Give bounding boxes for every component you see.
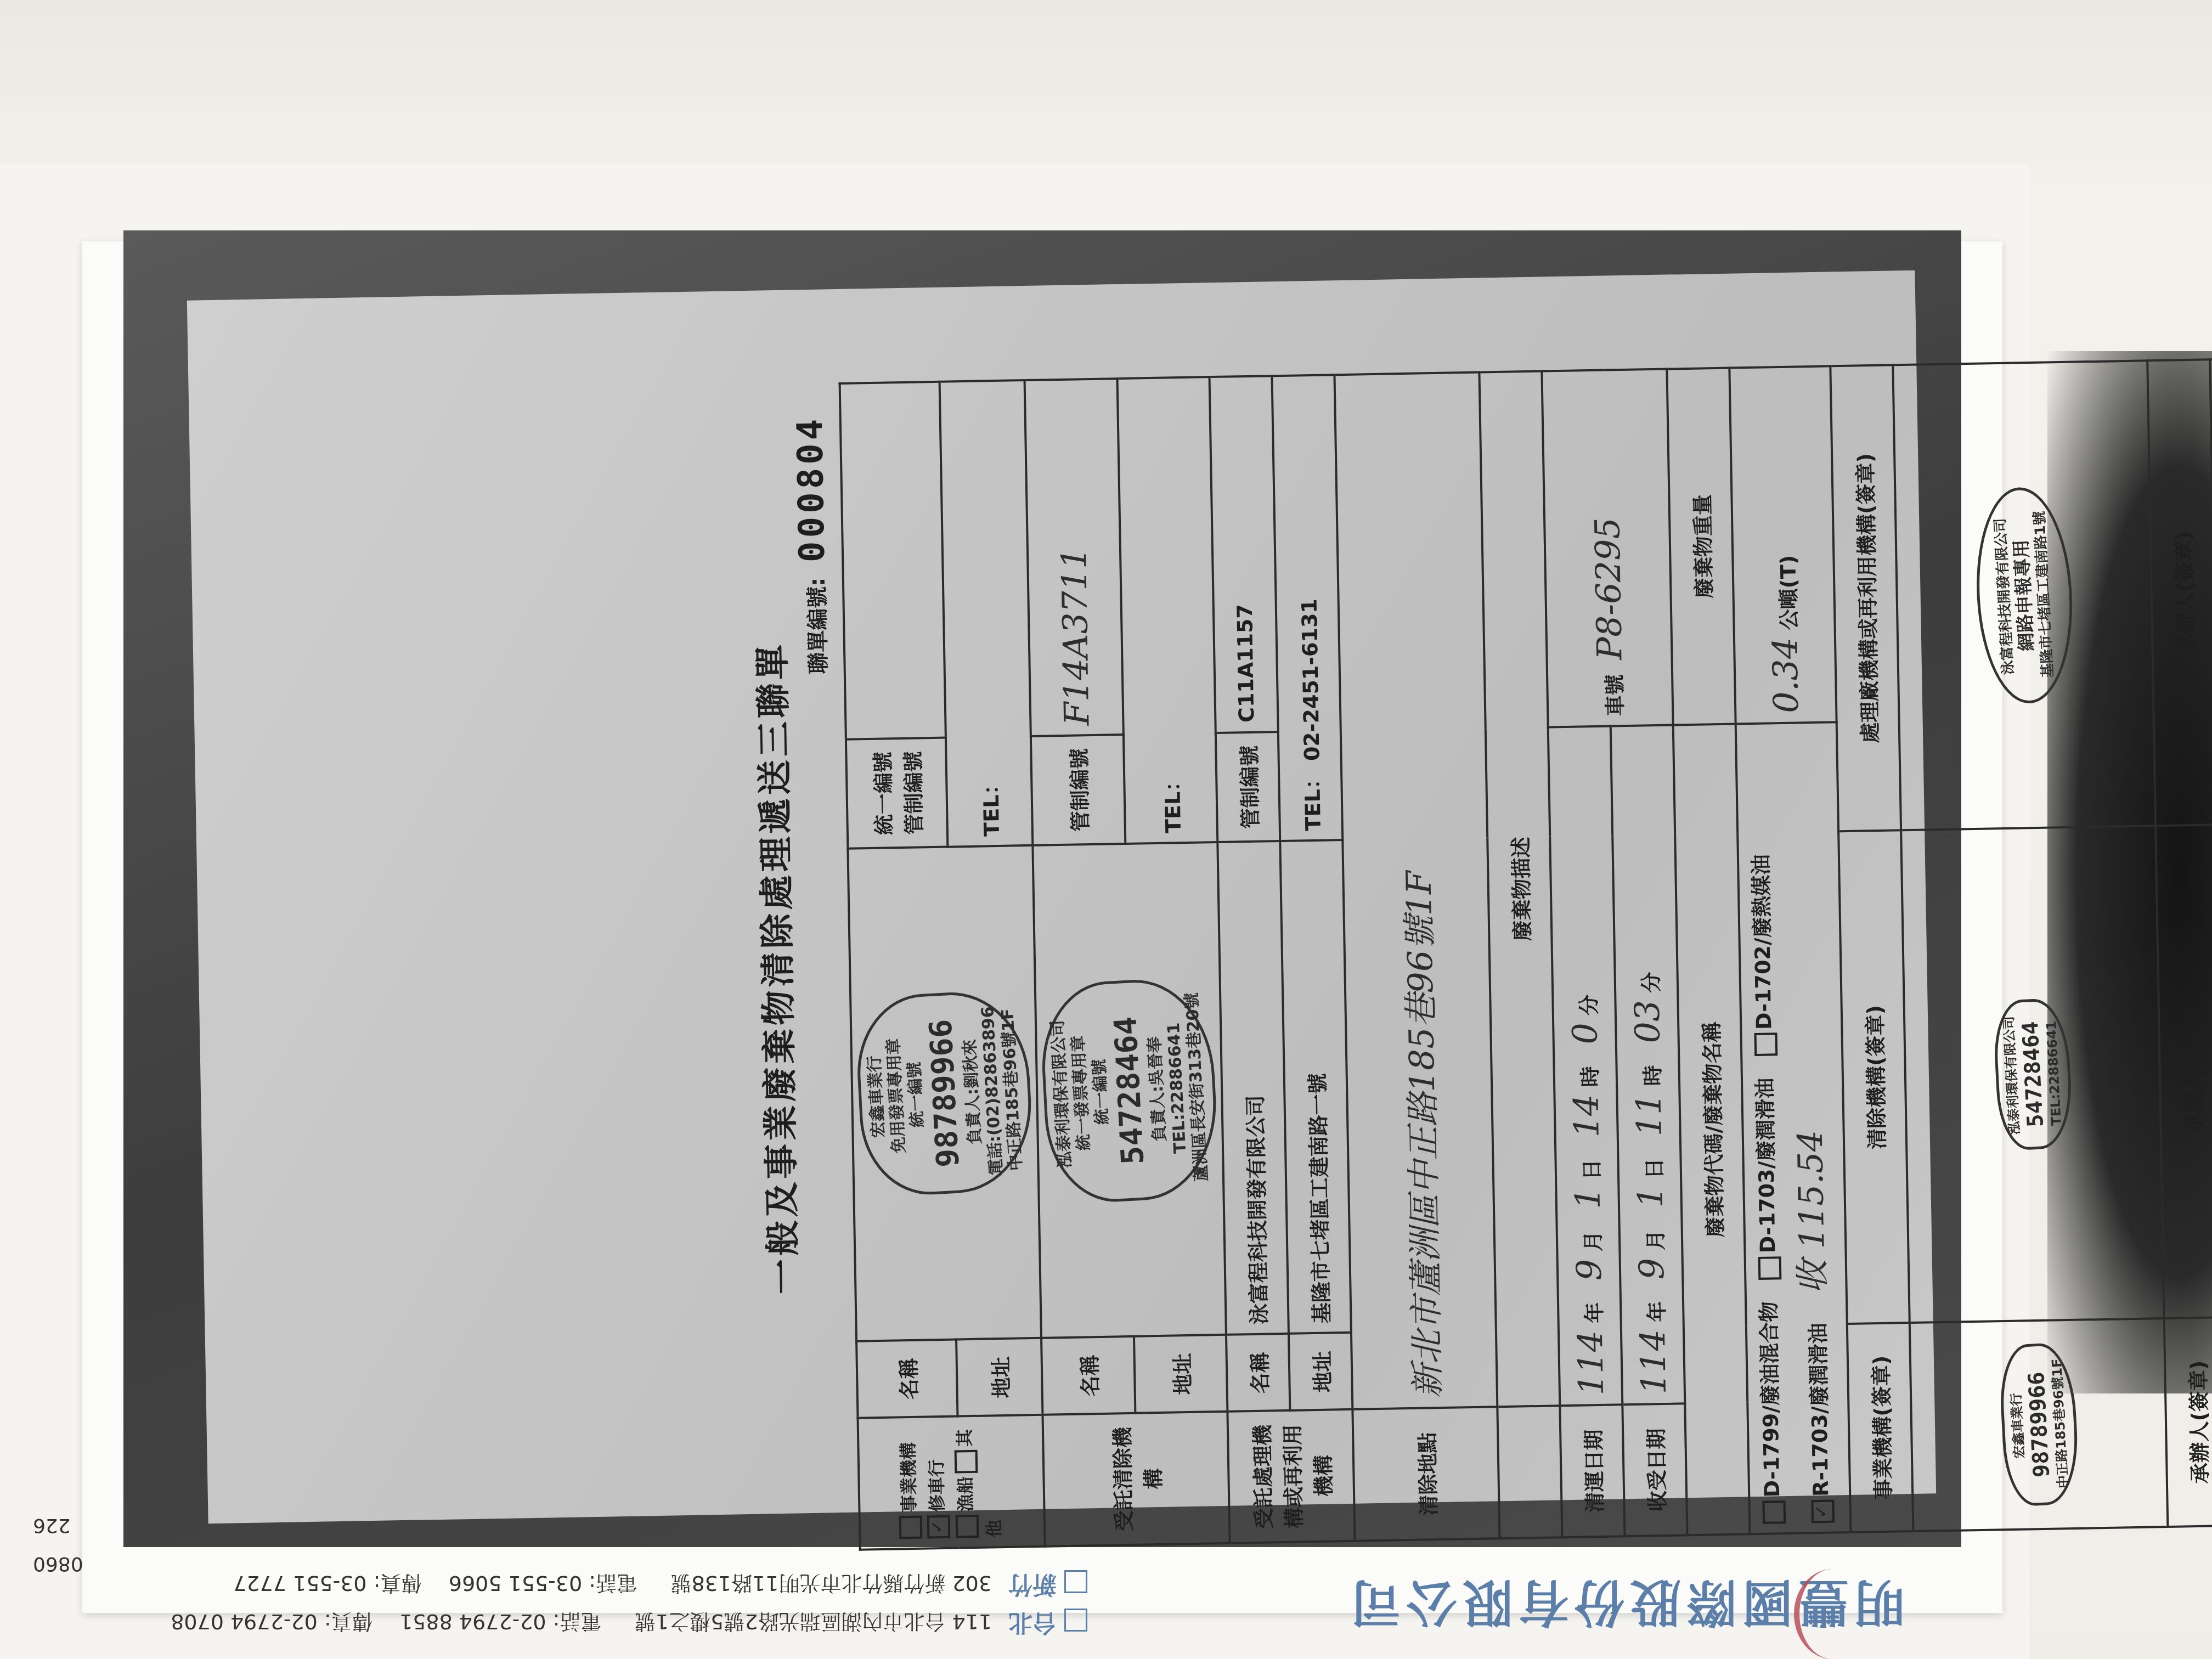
processor-tel: TEL： 02-2451-6131 xyxy=(1272,375,1343,841)
processor-address-value: 基隆市七堵區工建南路一號 xyxy=(1280,840,1352,1334)
generator-tel: TEL： xyxy=(940,380,1033,847)
signature-stamp-row: 宏鑫車業行 98789966 中正路185巷96號1F 泓泰利環保有限公司 54… xyxy=(1893,360,2168,1531)
processor-control-label: 管制編號 xyxy=(1216,732,1280,842)
generator-type-option[interactable]: ✓修車行 xyxy=(922,1426,952,1539)
processor-signature-stamp: 泳富程科技開發有限公司 網路申報專用 基隆市七堵區工建南路1號 xyxy=(1971,485,2078,706)
generator-signature-stamp: 宏鑫車業行 98789966 中正路185巷96號1F xyxy=(1997,1342,2080,1508)
edge-number: 0860 xyxy=(33,1553,83,1575)
processor-name-value: 泳富程科技開發有限公司 xyxy=(1218,841,1289,1335)
receipt-date-value: 114 年 9 月 1 日 11 時 03 分 xyxy=(1611,725,1685,1404)
generator-id-label: 統一編號管制編號 xyxy=(846,738,948,849)
waste-code-row: D-1799/廢油混合物 D-1703/廢潤滑油 D-1702/廢熱媒油 ✓R-… xyxy=(1730,366,1851,1534)
waste-code-option[interactable]: D-1703/廢潤滑油 xyxy=(1753,1077,1780,1279)
checkbox-checked[interactable]: ✓ xyxy=(927,1515,951,1539)
pickup-location-value: 新北市蘆洲區中正路185巷96號1F xyxy=(1335,373,1498,1410)
serial-value: 000804 xyxy=(790,415,833,562)
vehicle-number: P8-6295 xyxy=(1587,517,1630,660)
waste-manifest-receipt: 一般及事業廢棄物清除處理遞送三聯單 聯單編號: 000804 事業機構 ✓修車行… xyxy=(187,270,1936,1524)
letterhead-branch-hsinchu: 新竹302 新竹縣竹北市光明11路138號 電話: 03-551 5066 傳真… xyxy=(233,1569,1087,1604)
letterhead-branch-taipei: 台北114 台北市內湖區瑞光路2號5樓之1號 電話: 02-2794 8851 … xyxy=(171,1607,1087,1643)
edge-number: 226 xyxy=(33,1514,71,1537)
transporter-stamp-cell: 泓泰利環保有限公司 統一發票專用章 統一編號 54728464 負責人:吳晉奉 … xyxy=(1033,842,1227,1338)
letterhead: 明豐國際股份有限公司 台北114 台北市內湖區瑞光路2號5樓之1號 電話: 02… xyxy=(0,1553,2212,1659)
transporter-control-value: F14A3711 xyxy=(1025,379,1124,736)
generator-company-stamp: 宏鑫車業行 免用發票專用章 統一編號 98789966 負責人:劉秋來 電話:(… xyxy=(854,989,1036,1198)
generator-type-option[interactable]: 漁船其他 xyxy=(950,1425,1008,1538)
transporter-control-label: 管制編號 xyxy=(1031,735,1125,845)
generator-address-label: 地址 xyxy=(956,1338,1042,1417)
transporter-handler-label: 承辦人(簽章) xyxy=(2155,825,2212,1319)
generator-name-label: 名稱 xyxy=(856,1340,958,1418)
generator-row-name: 事業機構 ✓修車行 漁船其他 名稱 宏鑫車業行 免用發票專用章 統一編號 987… xyxy=(840,382,960,1550)
processor-control-value: C11A1157 xyxy=(1210,376,1278,733)
receipt-date-label: 收受日期 xyxy=(1623,1404,1688,1537)
transport-date-label: 清運日期 xyxy=(1560,1405,1625,1538)
generator-type-cell: 事業機構 ✓修車行 漁船其他 xyxy=(858,1415,1045,1550)
checkbox[interactable] xyxy=(954,1450,978,1474)
checkbox xyxy=(1064,1609,1087,1632)
transporter-signature-stamp: 泓泰利環保有限公司 54728464 TEL:22886641 xyxy=(1991,997,2074,1152)
transporter-section-label: 受託清除機構 xyxy=(1043,1412,1230,1547)
transporter-tel: TEL： xyxy=(1117,377,1217,844)
generator-signature-cell: 宏鑫車業行 98789966 中正路185巷96號1F xyxy=(1910,1318,2168,1531)
waste-code-option[interactable]: D-1799/廢油混合物 xyxy=(1757,1301,1785,1524)
vehicle-cell: 車號 P8-6295 xyxy=(1542,369,1673,727)
transporter-name-label: 名稱 xyxy=(1041,1336,1135,1415)
generator-stamp-cell: 宏鑫車業行 免用發票專用章 統一編號 98789966 負責人:劉秋來 電話:(… xyxy=(848,845,1041,1341)
waste-code-note: 收 115.54 xyxy=(1790,1130,1833,1294)
company-logo-icon xyxy=(1794,1569,1871,1659)
transporter-address-label: 地址 xyxy=(1134,1335,1228,1413)
pickup-location-label: 清除地點 xyxy=(1353,1407,1500,1541)
processor-address-label: 地址 xyxy=(1289,1333,1352,1410)
serial-label: 聯單編號: xyxy=(805,577,832,674)
transporter-signature-cell: 泓泰利環保有限公司 54728464 TEL:22886641 xyxy=(1901,826,2164,1323)
generator-type-option[interactable]: 事業機構 xyxy=(894,1427,924,1539)
processor-handler-label: 承辦人(簽章) xyxy=(2148,359,2212,826)
transport-date-value: 114 年 9 月 1 日 14 時 0 分 xyxy=(1548,726,1623,1406)
weight-value-cell: 0.34 公噸(T) xyxy=(1730,366,1837,724)
manifest-table: 事業機構 ✓修車行 漁船其他 名稱 宏鑫車業行 免用發票專用章 統一編號 987… xyxy=(839,356,2212,1551)
waste-code-options: D-1799/廢油混合物 D-1703/廢潤滑油 D-1702/廢熱媒油 ✓R-… xyxy=(1736,722,1851,1534)
checkbox xyxy=(1064,1571,1087,1594)
serial-number: 聯單編號: 000804 xyxy=(790,415,835,674)
checkbox[interactable] xyxy=(899,1516,923,1539)
transporter-signature-label: 清除機構(簽章) xyxy=(1838,831,1910,1324)
waste-code-option[interactable]: D-1702/廢熱媒油 xyxy=(1749,854,1776,1056)
weight-label: 廢棄物重量 xyxy=(1667,368,1736,725)
generator-handler-label: 承辦人(簽章) xyxy=(2164,1317,2212,1527)
waste-code-option[interactable]: ✓R-1703/廢潤滑油 xyxy=(1806,1323,1833,1523)
manifest-form: 一般及事業廢棄物清除處理遞送三聯單 聯單編號: 000804 事業機構 ✓修車行… xyxy=(701,324,2212,1586)
transporter-company-stamp: 泓泰利環保有限公司 統一發票專用章 統一編號 54728464 負責人:吳晉奉 … xyxy=(1038,975,1221,1205)
pickup-row: 清除地點 新北市蘆洲區中正路185巷96號1F xyxy=(1335,373,1500,1541)
processor-signature-cell: 泳富程科技開發有限公司 網路申報專用 基隆市七堵區工建南路1號 xyxy=(1893,360,2156,830)
processor-section-label: 受託處理機構或再利用機構 xyxy=(1228,1409,1355,1543)
checkbox[interactable] xyxy=(955,1515,979,1538)
processor-signature-label: 處理廠機構或再利用機構(簽章) xyxy=(1831,365,1901,831)
generator-id-value xyxy=(840,382,946,740)
processor-name-label: 名稱 xyxy=(1226,1334,1290,1412)
generator-signature-label: 事業機構(簽章) xyxy=(1847,1323,1914,1532)
